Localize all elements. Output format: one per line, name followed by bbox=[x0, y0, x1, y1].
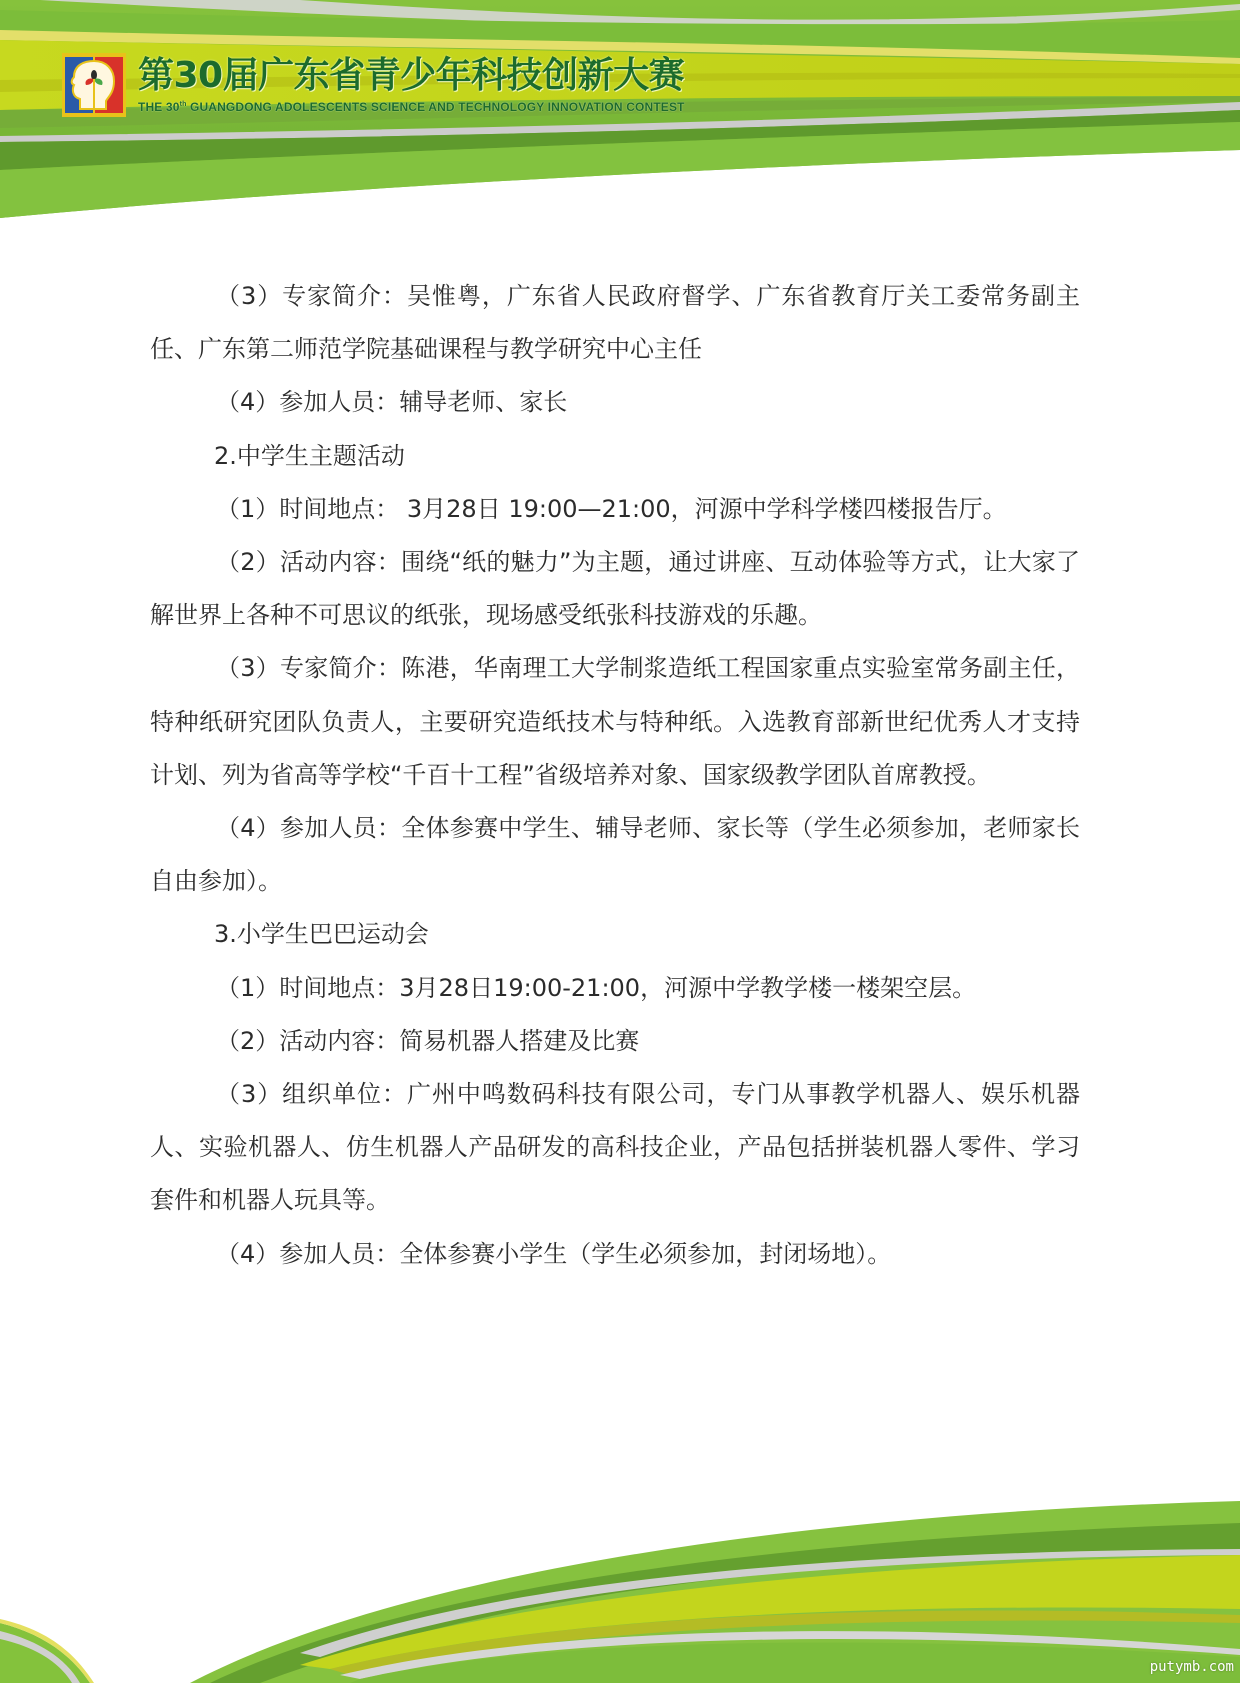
document-body: （3）专家简介：吴惟粤，广东省人民政府督学、广东省教育厅关工委常务副主任、广东第… bbox=[150, 270, 1080, 1281]
paragraph-organizer-3: （3）组织单位：广州中鸣数码科技有限公司，专门从事教学机器人、娱乐机器人、实验机… bbox=[150, 1068, 1080, 1228]
paragraph-time-place-2: （1）时间地点： 3月28日 19:00—21:00，河源中学科学楼四楼报告厅。 bbox=[150, 483, 1080, 536]
subtitle-ordinal: th bbox=[180, 101, 187, 108]
paragraph-expert-intro-1: （3）专家简介：吴惟粤，广东省人民政府督学、广东省教育厅关工委常务副主任、广东第… bbox=[150, 270, 1080, 376]
paragraph-participants-1: （4）参加人员：辅导老师、家长 bbox=[150, 376, 1080, 429]
contest-subtitle: THE 30th GUANGDONG ADOLESCENTS SCIENCE A… bbox=[138, 98, 685, 114]
paragraph-activity-content-3: （2）活动内容：简易机器人搭建及比赛 bbox=[150, 1015, 1080, 1068]
footer-swoosh-decoration bbox=[0, 1453, 1240, 1683]
paragraph-time-place-3: （1）时间地点：3月28日19:00-21:00，河源中学教学楼一楼架空层。 bbox=[150, 962, 1080, 1015]
watermark: putymb.com bbox=[1150, 1659, 1234, 1675]
paragraph-participants-3: （4）参加人员：全体参赛小学生（学生必须参加，封闭场地）。 bbox=[150, 1228, 1080, 1281]
subtitle-rest: GUANGDONG ADOLESCENTS SCIENCE AND TECHNO… bbox=[187, 100, 685, 114]
contest-title: 第30届广东省青少年科技创新大赛 bbox=[138, 56, 685, 96]
paragraph-participants-2: （4）参加人员：全体参赛中学生、辅导老师、家长等（学生必须参加，老师家长自由参加… bbox=[150, 802, 1080, 908]
head-with-sprout-logo-icon bbox=[62, 53, 126, 117]
section-heading-primary-school: 3.小学生巴巴运动会 bbox=[150, 908, 1080, 961]
paragraph-activity-content-2: （2）活动内容：围绕“纸的魅力”为主题，通过讲座、互动体验等方式，让大家了解世界… bbox=[150, 536, 1080, 642]
subtitle-prefix: THE 30 bbox=[138, 100, 180, 114]
section-heading-middle-school: 2.中学生主题活动 bbox=[150, 430, 1080, 483]
contest-brand: 第30届广东省青少年科技创新大赛 THE 30th GUANGDONG ADOL… bbox=[62, 52, 685, 118]
paragraph-expert-intro-2: （3）专家简介：陈港，华南理工大学制浆造纸工程国家重点实验室常务副主任，特种纸研… bbox=[150, 642, 1080, 802]
